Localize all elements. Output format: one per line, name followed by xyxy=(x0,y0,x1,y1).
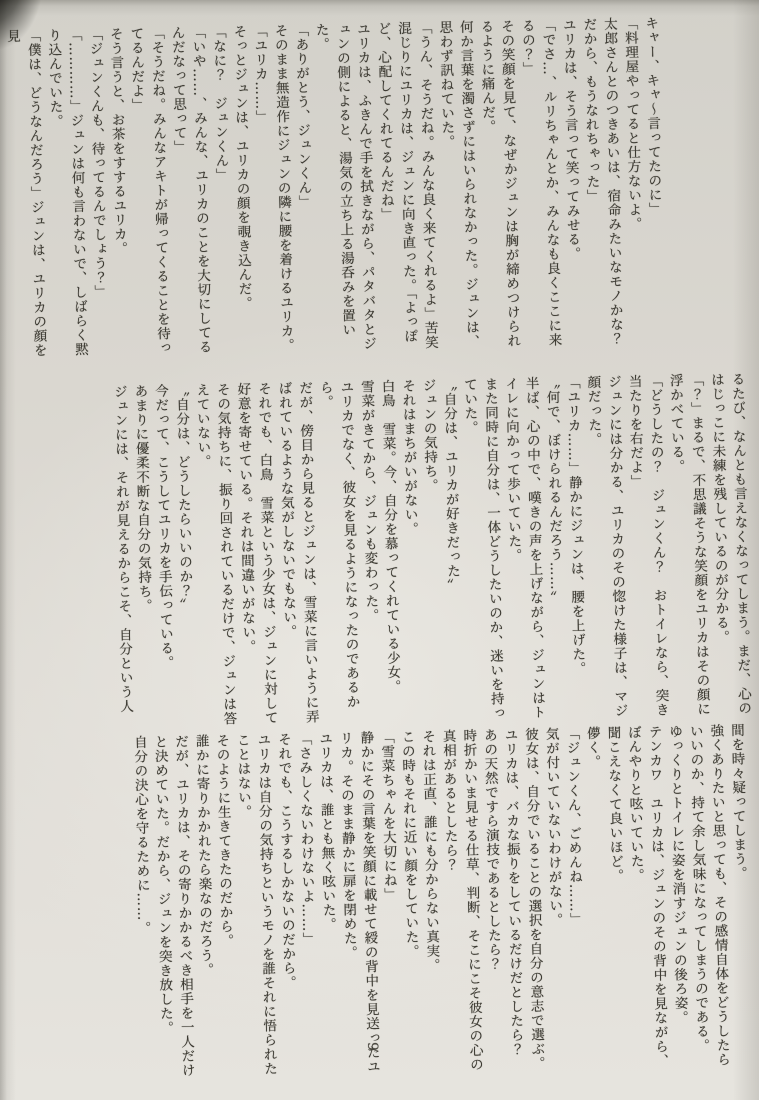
paragraph: 「？」まるで、不思議そうな笑顔をユリカはその顔に浮かべている。 xyxy=(664,373,712,720)
paragraph: ユリカは、ふきんで手を拭きながら、パタバタとジュンの側によると、湯気の立ち上る湯… xyxy=(310,22,379,361)
paragraph: ユリカは、バカな振りをしているだけだとしたら？ あの天然ですら演技であるとしたら… xyxy=(478,728,526,1079)
paragraph: 静かにその言葉を笑顔に載せて綬の背中を見送ったユリカ。そのまま静かに扉を閉めた。 xyxy=(334,730,382,1081)
page-number: 9 xyxy=(364,1042,380,1051)
paragraph: その笑顔を見て、なぜかジュンは胸が締めつけられるように痛んだ。 xyxy=(475,19,523,358)
text-tier-middle: るたび、なんとも言えなくなってしまう。まだ、心のはじっこに未練を残しているのが分… xyxy=(108,372,753,731)
paragraph: また同時に自分は、一体どうしたいのか、迷いを持っていた。 xyxy=(458,377,506,724)
scanned-novel-page: キャー、キャ～言ってたのに」「料理屋やってると仕方ないよ。太郎さんとのつきあいは… xyxy=(0,0,759,1100)
paragraph: 「いや……、みんな、ユリカのことを大切にしてるんだなって思って」 xyxy=(166,25,214,364)
paragraph: 太郎さんとのつきあいは、宿命みたいなモノかな？だから、もうなれちゃった」 xyxy=(578,17,626,356)
paragraph: テンカワ ユリカは、ジュンのその背中を見ながら、ぼんやりと呟いていた。 xyxy=(622,725,670,1076)
paragraph: 「僕は、どうなんだろう」ジュンは、ユリカの顔を見 xyxy=(1,28,49,367)
text-tier-top: キャー、キャ～言ってたのに」「料理屋やってると仕方ないよ。太郎さんとのつきあいは… xyxy=(1,16,667,367)
paragraph: 「…………」ジュンは何も言わないで、しばらく黙り込んでいた。 xyxy=(42,28,90,367)
paragraph: だが、傍目から見るとジュンは、雪菜に言いように弄ばれているような気がしないでもな… xyxy=(272,381,320,728)
paragraph: 時折かいま見せる仕草、判断、そこにこそ彼女の心の真相があるとしたら？ xyxy=(437,728,485,1079)
paragraph: ユリカでなく、彼女を見るようになったのであるから。 xyxy=(314,380,362,727)
paragraph: 半ば、心の中で、嘆きの声を上げながら、ジュンはトイレに向かって歩いていた。 xyxy=(499,376,547,723)
paragraph: 何か言葉を濁さずにはいられなかった。ジュンは、思わず訊ねていた。 xyxy=(434,20,482,359)
paragraph: ジュンには分かる、ユリカのその惚けた様子は、マジ顔だった。 xyxy=(581,374,629,721)
paragraph: 「うん、そうだね。みんな良く来てくれるよ」苦笑混じりにユリカは、ジュンに向き直っ… xyxy=(372,21,441,360)
paragraph: 「どうしたの？ ジュンくん？ おトイレなら、突き当たりを右だよ」 xyxy=(622,374,670,721)
paragraph: 「そうだね。みんなアキトが帰ってくることを待ってるんだよ」 xyxy=(125,26,173,365)
paragraph: その気持ちに、振り回されているだけで、ジュンは答えていない。 xyxy=(190,382,238,729)
text-tier-bottom: 間を時々疑ってしまう。強くありたいと思っても、その感情自体をどうしたらいいのか、… xyxy=(128,723,753,1085)
paragraph: ユリカは自分の気持ちというモノを誰それに悟られたことはない。 xyxy=(231,733,279,1084)
paragraph: るたび、なんとも言えなくなってしまう。まだ、心のはじっこに未練を残しているのが分… xyxy=(705,372,753,719)
paragraph: 「でさ…、ルリちゃんとか、みんなも良くここに来るの？」 xyxy=(516,18,564,357)
paragraph: 強くありたいと思っても、その感情自体をどうしたらいいのか、持て余し気味になってし… xyxy=(684,723,732,1074)
paragraph: それでも、白鳥 雪菜という少女は、ジュンに対して好意を寄せている。それは間違いが… xyxy=(231,382,279,729)
paragraph: だが、ユリカは、その寄りかかるべき相手を一人だけと決めていた。だから、ジュンを突… xyxy=(149,734,197,1085)
